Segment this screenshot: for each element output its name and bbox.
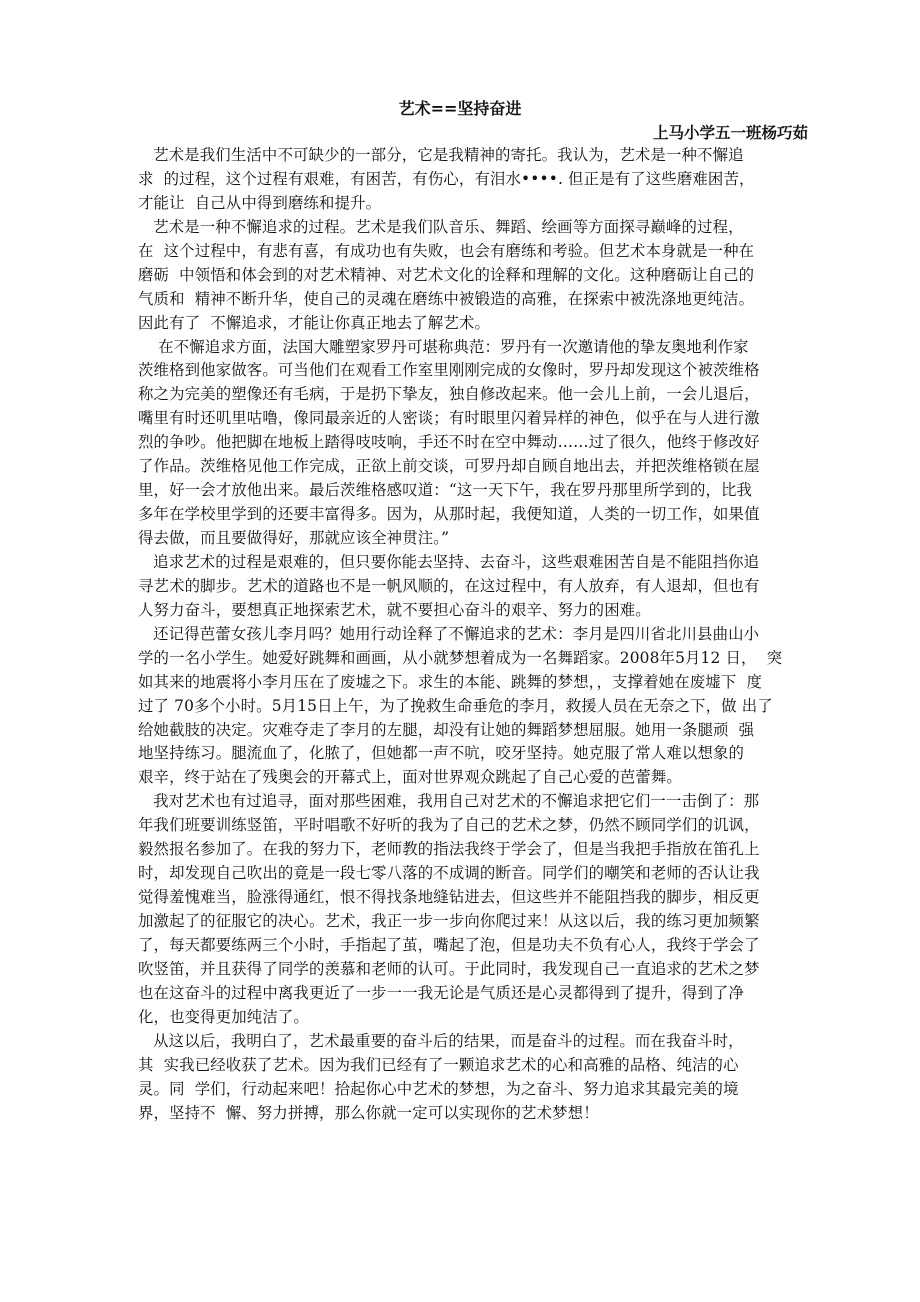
text-line: 求 的过程，这个过程有艰难，有困苦，有伤心，有泪水••••. 但正是有了这些磨难… xyxy=(138,168,786,192)
text-line: 我对艺术也有过追寻，面对那些困难，我用自己对艺术的不懈追求把它们一一击倒了：那 xyxy=(138,790,786,814)
text-line: 因此有了 不懈追求，才能让你真正地去了解艺术。 xyxy=(138,312,786,336)
text-line: 也在这奋斗的过程中离我更近了一步一一我无论是气质还是心灵都得到了提升，得到了净 xyxy=(138,982,786,1006)
text-line: 烈的争吵。他把脚在地板上踏得吱吱响，手还不时在空中舞动……过了很久，他终于修改好 xyxy=(138,431,786,455)
text-line: 在不懈追求方面，法国大雕塑家罗丹可堪称典范：罗丹有一次邀请他的挚友奥地利作家 xyxy=(138,336,786,360)
text-line: 觉得羞愧难当，脸涨得通红，恨不得找条地缝钻进去，但这些并不能阻挡我的脚步，相反更 xyxy=(138,886,786,910)
document-page: 艺术==坚持奋进 上马小学五一班杨巧茹 艺术是我们生活中不可缺少的一部分，它是我… xyxy=(0,0,920,1302)
text-line: 吹竖笛，并且获得了同学的羡慕和老师的认可。于此同时，我发现自己一直追求的艺术之梦 xyxy=(138,958,786,982)
text-line: 界，坚持不 懈、努力拼搏，那么你就一定可以实现你的艺术梦想！ xyxy=(138,1102,786,1126)
text-line: 了作品。茨维格见他工作完成，正欲上前交谈，可罗丹却自顾自地出去，并把茨维格锁在屋 xyxy=(138,455,786,479)
text-line: 多年在学校里学到的还要丰富得多。因为，从那时起，我便知道，人类的一切工作，如果值 xyxy=(138,503,786,527)
text-line: 毅然报名参加了。在我的努力下，老师教的指法我终于学会了，但是当我把手指放在笛孔上 xyxy=(138,838,786,862)
text-line: 化，也变得更加纯洁了。 xyxy=(138,1006,786,1030)
text-line: 灵。同 学们，行动起来吧！拾起你心中艺术的梦想，为之奋斗、努力追求其最完美的境 xyxy=(138,1078,786,1102)
text-line: 学的一名小学生。她爱好跳舞和画画，从小就梦想着成为一名舞蹈家。2008年5月12… xyxy=(138,647,786,671)
document-title: 艺术==坚持奋进 xyxy=(0,98,920,120)
text-line: 给她截肢的决定。灾难夺走了李月的左腿，却没有让她的舞蹈梦想屈服。她用一条腿顽 强 xyxy=(138,719,786,743)
text-line: 如其来的地震将小李月压在了废墟之下。求生的本能、跳舞的梦想，，支撑着她在废墟下 … xyxy=(138,671,786,695)
text-line: 茨维格到他家做客。可当他们在观看工作室里刚刚完成的女像时，罗丹却发现这个被茨维格 xyxy=(138,359,786,383)
text-line: 从这以后，我明白了，艺术最重要的奋斗后的结果，而是奋斗的过程。而在我奋斗时， xyxy=(138,1030,786,1054)
text-line: 才能让 自己从中得到磨练和提升。 xyxy=(138,192,786,216)
document-author: 上马小学五一班杨巧茹 xyxy=(653,122,808,144)
text-line: 过了 70多个小时。5月15日上午，为了挽救生命垂危的李月，救援人员在无奈之下，… xyxy=(138,695,786,719)
text-line: 人努力奋斗，要想真正地探索艺术，就不要担心奋斗的艰辛、努力的困难。 xyxy=(138,599,786,623)
text-line: 气质和 精神不断升华，使自己的灵魂在磨练中被锻造的高雅，在探索中被洗涤地更纯洁。 xyxy=(138,288,786,312)
text-line: 年我们班要训练竖笛，平时唱歌不好听的我为了自己的艺术之梦，仍然不顾同学们的讥讽， xyxy=(138,814,786,838)
text-line: 寻艺术的脚步。艺术的道路也不是一帆风顺的，在这过程中，有人放弃，有人退却，但也有 xyxy=(138,575,786,599)
text-line: 磨砺 中领悟和体会到的对艺术精神、对艺术文化的诠释和理解的文化。这种磨砺让自己的 xyxy=(138,264,786,288)
text-line: 称之为完美的塑像还有毛病，于是扔下挚友，独自修改起来。他一会儿上前，一会儿退后， xyxy=(138,383,786,407)
text-line: 艰辛，终于站在了残奥会的开幕式上，面对世界观众跳起了自己心爱的芭蕾舞。 xyxy=(138,766,786,790)
text-line: 了，每天都要练两三个小时，手指起了茧，嘴起了泡，但是功夫不负有心人，我终于学会了 xyxy=(138,934,786,958)
text-line: 地坚持练习。腿流血了，化脓了，但她都一声不吭，咬牙坚持。她克服了常人难以想象的 xyxy=(138,742,786,766)
text-line: 在 这个过程中，有悲有喜，有成功也有失败，也会有磨练和考验。但艺术本身就是一种在 xyxy=(138,240,786,264)
text-line: 艺术是一种不懈追求的过程。艺术是我们队音乐、舞蹈、绘画等方面探寻巅峰的过程， xyxy=(138,216,786,240)
text-line: 加激起了的征服它的决心。艺术，我正一步一步向你爬过来！从这以后，我的练习更加频繁 xyxy=(138,910,786,934)
text-line: 嘴里有时还叽里咕噜，像同最亲近的人密谈；有时眼里闪着异样的神色，似乎在与人进行激 xyxy=(138,407,786,431)
text-line: 艺术是我们生活中不可缺少的一部分，它是我精神的寄托。我认为，艺术是一种不懈追 xyxy=(138,144,786,168)
text-line: 追求艺术的过程是艰难的，但只要你能去坚持、去奋斗，这些艰难困苦自是不能阻挡你追 xyxy=(138,551,786,575)
text-line: 其 实我已经收获了艺术。因为我们已经有了一颗追求艺术的心和高雅的品格、纯洁的心 xyxy=(138,1054,786,1078)
document-body: 艺术是我们生活中不可缺少的一部分，它是我精神的寄托。我认为，艺术是一种不懈追求 … xyxy=(138,144,786,1125)
text-line: 里，好一会才放他出来。最后茨维格感叹道：“这一天下午，我在罗丹那里所学到的，比我 xyxy=(138,479,786,503)
text-line: 还记得芭蕾女孩儿李月吗？她用行动诠释了不懈追求的艺术：李月是四川省北川县曲山小 xyxy=(138,623,786,647)
text-line: 时，却发现自己吹出的竟是一段七零八落的不成调的断音。同学们的嘲笑和老师的否认让我 xyxy=(138,862,786,886)
text-line: 得去做，而且要做得好，那就应该全神贯注。” xyxy=(138,527,786,551)
